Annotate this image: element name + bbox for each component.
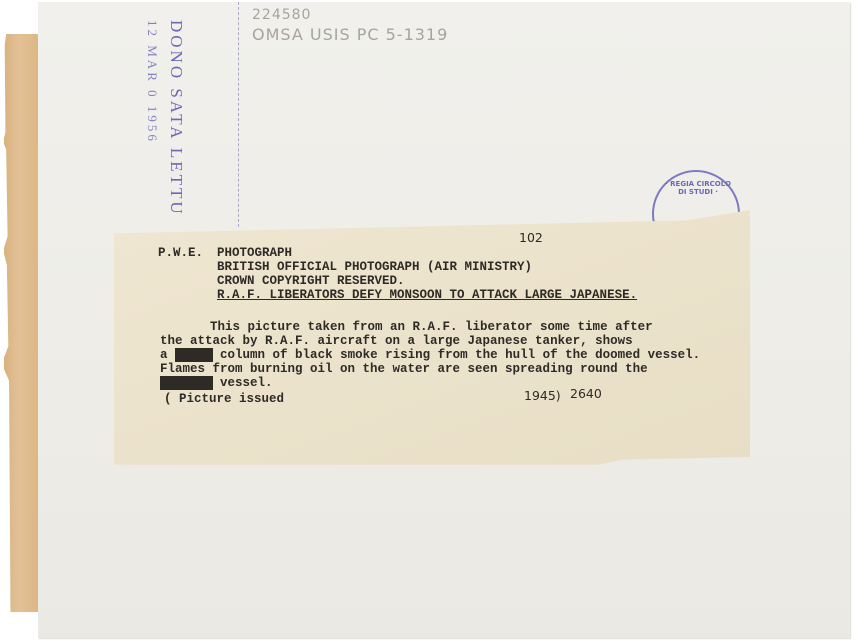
body-line-1: This picture taken from an R.A.F. libera… [210,320,653,335]
vertical-stamp-date: 12 MAR 0 1956 [144,20,160,144]
body-line-5: xxxxxxx vessel. [160,376,273,391]
body-line-5-text: vessel. [220,376,273,390]
body-line-3: a xxxxx column of black smoke rising fro… [160,348,700,363]
adhesive-tape-strip [4,34,40,612]
issued-ref: 2640 [570,386,602,401]
body-line-2: the attack by R.A.F. aircraft on a large… [160,334,633,349]
caption-slip: 102 P.W.E. PHOTOGRAPH BRITISH OFFICIAL P… [114,210,750,470]
sheet-number: 102 [519,230,543,245]
body-line-3-text: column of black smoke rising from the hu… [220,348,700,362]
vertical-stamp-line1: DONO SATA LETTU [166,20,186,217]
header-line1: PHOTOGRAPH [217,246,292,261]
header-label: P.W.E. [158,246,203,261]
pencil-annotation: 224580 OMSA USIS PC 5-1319 [252,6,448,44]
header-line2: BRITISH OFFICIAL PHOTOGRAPH (AIR MINISTR… [217,260,532,275]
header-line3: CROWN COPYRIGHT RESERVED. [217,274,405,289]
pencil-accession-number: 224580 [252,6,448,25]
dashed-guide-line [238,2,239,227]
body-line-4: Flames from burning oil on the water are… [160,362,648,377]
issued-label: ( Picture issued [164,392,284,407]
issued-date: 1945) [524,388,561,403]
headline: R.A.F. LIBERATORS DEFY MONSOON TO ATTACK… [217,288,637,303]
struck-word: xxxxx [175,348,213,362]
struck-word: xxxxxxx [160,376,213,390]
round-stamp-text: · REGIA CIRCOLO DI STUDI · [664,180,732,196]
pencil-catalog-ref: OMSA USIS PC 5-1319 [252,25,448,44]
